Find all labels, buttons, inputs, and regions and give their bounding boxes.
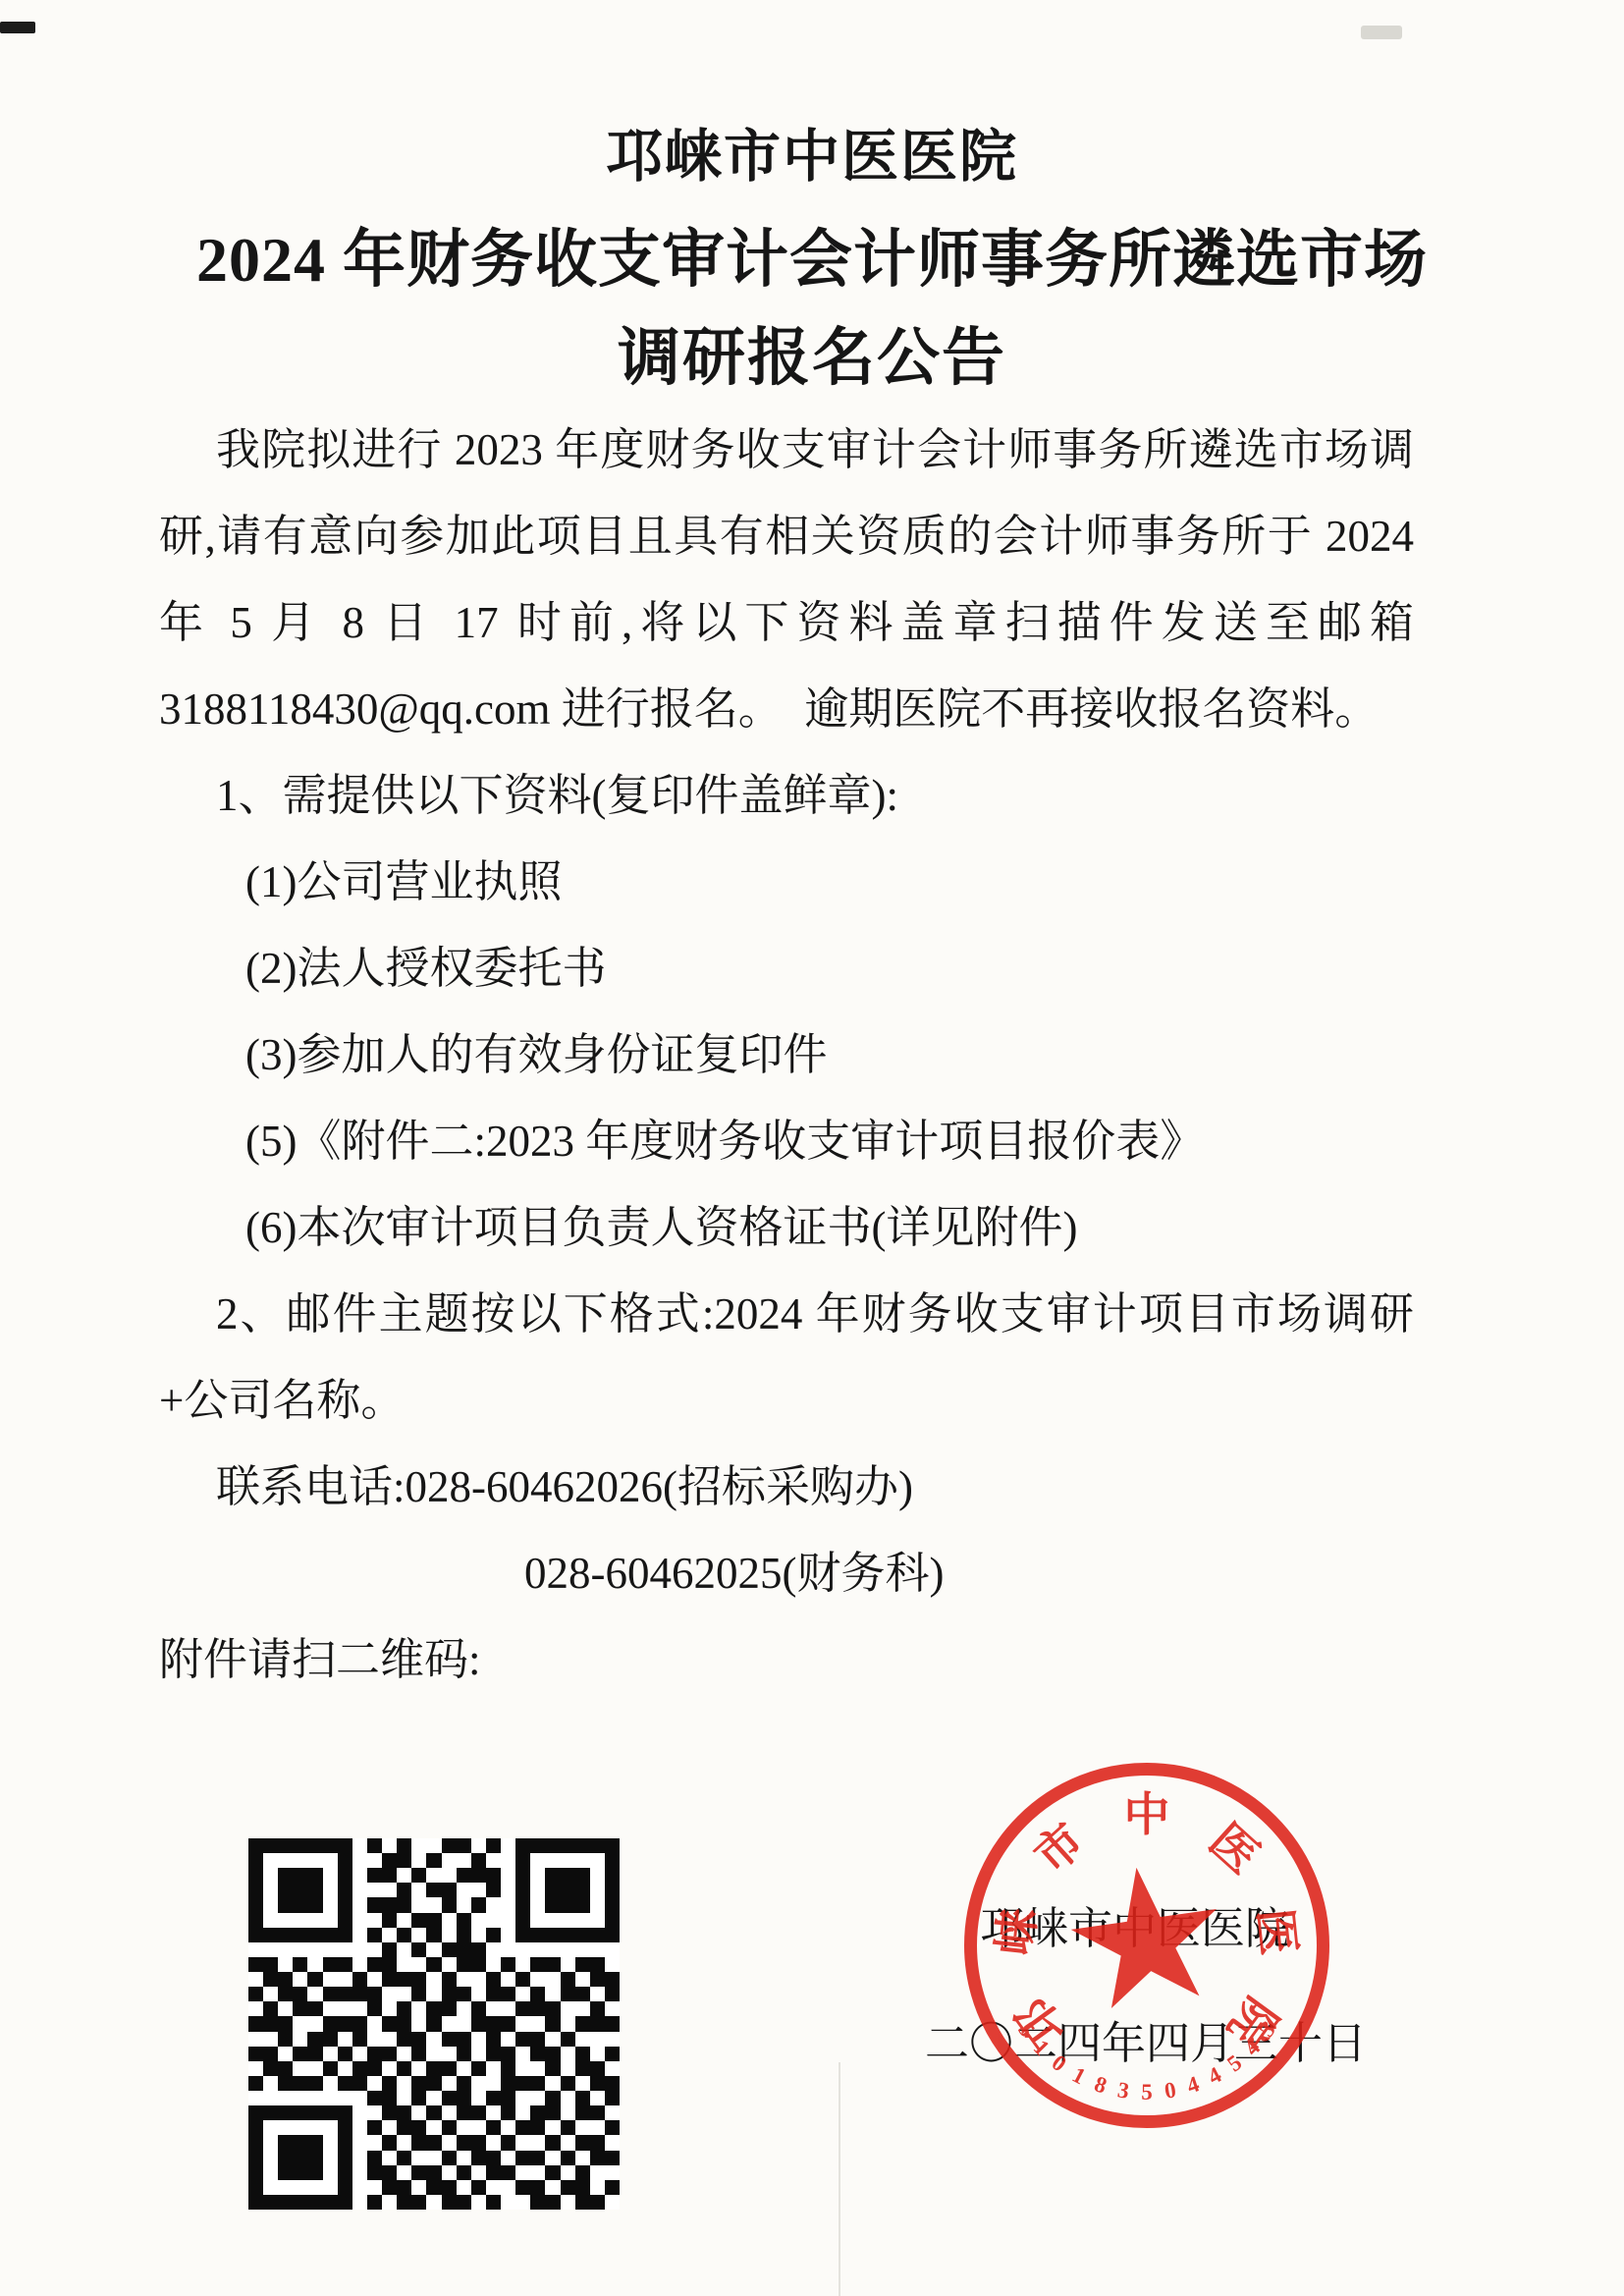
document-body: 我院拟进行 2023 年度财务收支审计会计师事务所遴选市场调研,请有意向参加此项… <box>159 407 1414 1703</box>
announcement-title-line1: 2024 年财务收支审计会计师事务所遴选市场 <box>0 210 1624 310</box>
hospital-name-title: 邛崃市中医医院 <box>0 110 1624 204</box>
contact-phone-line1: 联系电话:028-60462026(招标采购办) <box>159 1444 1414 1530</box>
required-item-2: (2)法人授权委托书 <box>159 925 1414 1011</box>
contact-phone-line2: 028-60462025(财务科) <box>159 1530 1414 1616</box>
required-item-1: (1)公司营业执照 <box>159 839 1414 925</box>
section2-paragraph: 2、邮件主题按以下格式:2024 年财务收支审计项目市场调研+公司名称。 <box>159 1271 1414 1444</box>
seal-number-text: 5101835044545 <box>964 1763 1329 2128</box>
qr-code <box>248 1838 620 2210</box>
required-item-3: (3)参加人的有效身份证复印件 <box>159 1011 1414 1098</box>
scanned-document-page: 邛崃市中医医院 2024 年财务收支审计会计师事务所遴选市场 调研报名公告 我院… <box>0 0 1624 2296</box>
scan-artifact-top-left <box>0 22 35 33</box>
document-header: 邛崃市中医医院 2024 年财务收支审计会计师事务所遴选市场 调研报名公告 <box>0 110 1624 407</box>
announcement-title-line2: 调研报名公告 <box>0 310 1624 407</box>
scan-crease-line <box>839 2062 840 2296</box>
required-item-6: (6)本次审计项目负责人资格证书(详见附件) <box>159 1184 1414 1271</box>
scan-artifact-top-right <box>1361 26 1402 39</box>
qr-prompt: 附件请扫二维码: <box>159 1616 1414 1703</box>
section1-heading: 1、需提供以下资料(复印件盖鲜章): <box>159 752 1414 839</box>
official-seal: 邛崃市中医医院 5101835044545 <box>964 1763 1329 2128</box>
intro-paragraph: 我院拟进行 2023 年度财务收支审计会计师事务所遴选市场调研,请有意向参加此项… <box>159 407 1414 752</box>
required-item-5: (5)《附件二:2023 年度财务收支审计项目报价表》 <box>159 1098 1414 1184</box>
